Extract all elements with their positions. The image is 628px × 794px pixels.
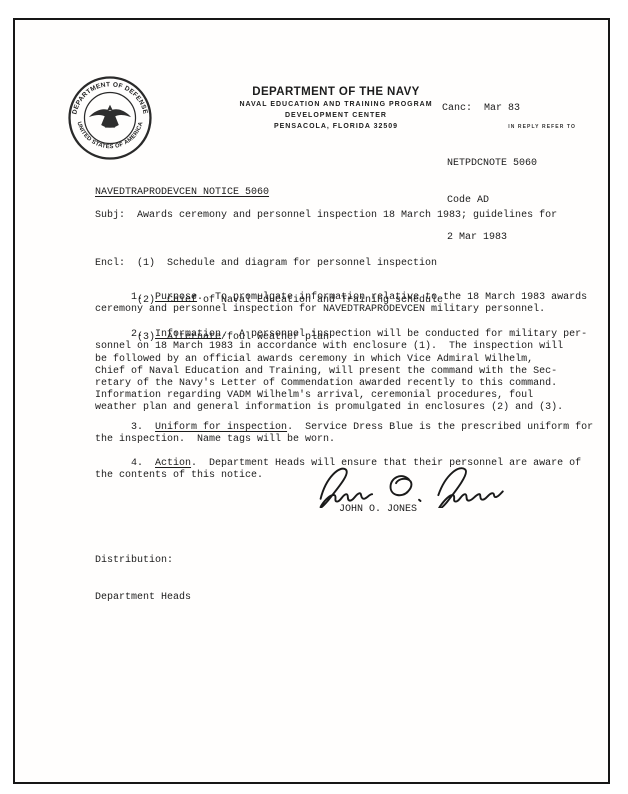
in-reply-refer-to-label: IN REPLY REFER TO [442,124,576,130]
paragraph-heading: Purpose [155,292,197,303]
signature-script [305,462,511,508]
activity-name-line1: NAVAL EDUCATION AND TRAINING PROGRAM [211,99,461,110]
paragraph-text: . A personnel inspection will be conduct… [95,329,587,413]
page-border-frame: DEPARTMENT OF DEFENSE UNITED STATES OF A… [13,18,610,784]
signature-typed-name: JOHN O. JONES [339,504,417,516]
paragraph-heading: Uniform for inspection [155,422,287,433]
department-of-defense-seal-icon: DEPARTMENT OF DEFENSE UNITED STATES OF A… [66,74,154,162]
reference-notice-number: NETPDCNOTE 5060 [447,158,537,170]
reference-code: Code AD [447,195,537,207]
svg-text:DEPARTMENT OF DEFENSE: DEPARTMENT OF DEFENSE [71,81,149,115]
paragraph-number: 1. [131,292,155,303]
department-name: DEPARTMENT OF THE NAVY [211,86,461,99]
subject-text: Awards ceremony and personnel inspection… [137,210,600,222]
paragraph-number: 4. [131,458,155,469]
subject-line: Subj: Awards ceremony and personnel insp… [95,210,600,222]
distribution-block: Distribution: Department Heads [95,531,191,629]
seal-eagle-icon [89,105,131,128]
paragraph-heading: Action [155,458,191,469]
letterhead: DEPARTMENT OF THE NAVY NAVAL EDUCATION A… [211,86,461,132]
seal-ring-top-text: DEPARTMENT OF DEFENSE [71,81,149,115]
enclosure-number: (1) [137,258,167,270]
paragraph-number: 2. [131,329,155,340]
distribution-label: Distribution: [95,555,191,567]
activity-address: PENSACOLA, FLORIDA 32509 [211,121,461,132]
enclosure-label: Encl: [95,258,137,270]
paragraph-heading: Information [155,329,221,340]
paragraph-number: 3. [131,422,155,433]
notice-title: NAVEDTRAPRODEVCEN NOTICE 5060 [95,187,269,199]
enclosure-row: Encl: (1) Schedule and diagram for perso… [95,258,600,270]
subject-label: Subj: [95,210,137,222]
scanned-document: DEPARTMENT OF DEFENSE UNITED STATES OF A… [0,0,628,794]
cancellation-date: Canc: Mar 83 [442,103,520,115]
enclosure-text: Schedule and diagram for personnel inspe… [167,258,600,270]
activity-name-line2: DEVELOPMENT CENTER [211,110,461,121]
distribution-item: Department Heads [95,592,191,604]
